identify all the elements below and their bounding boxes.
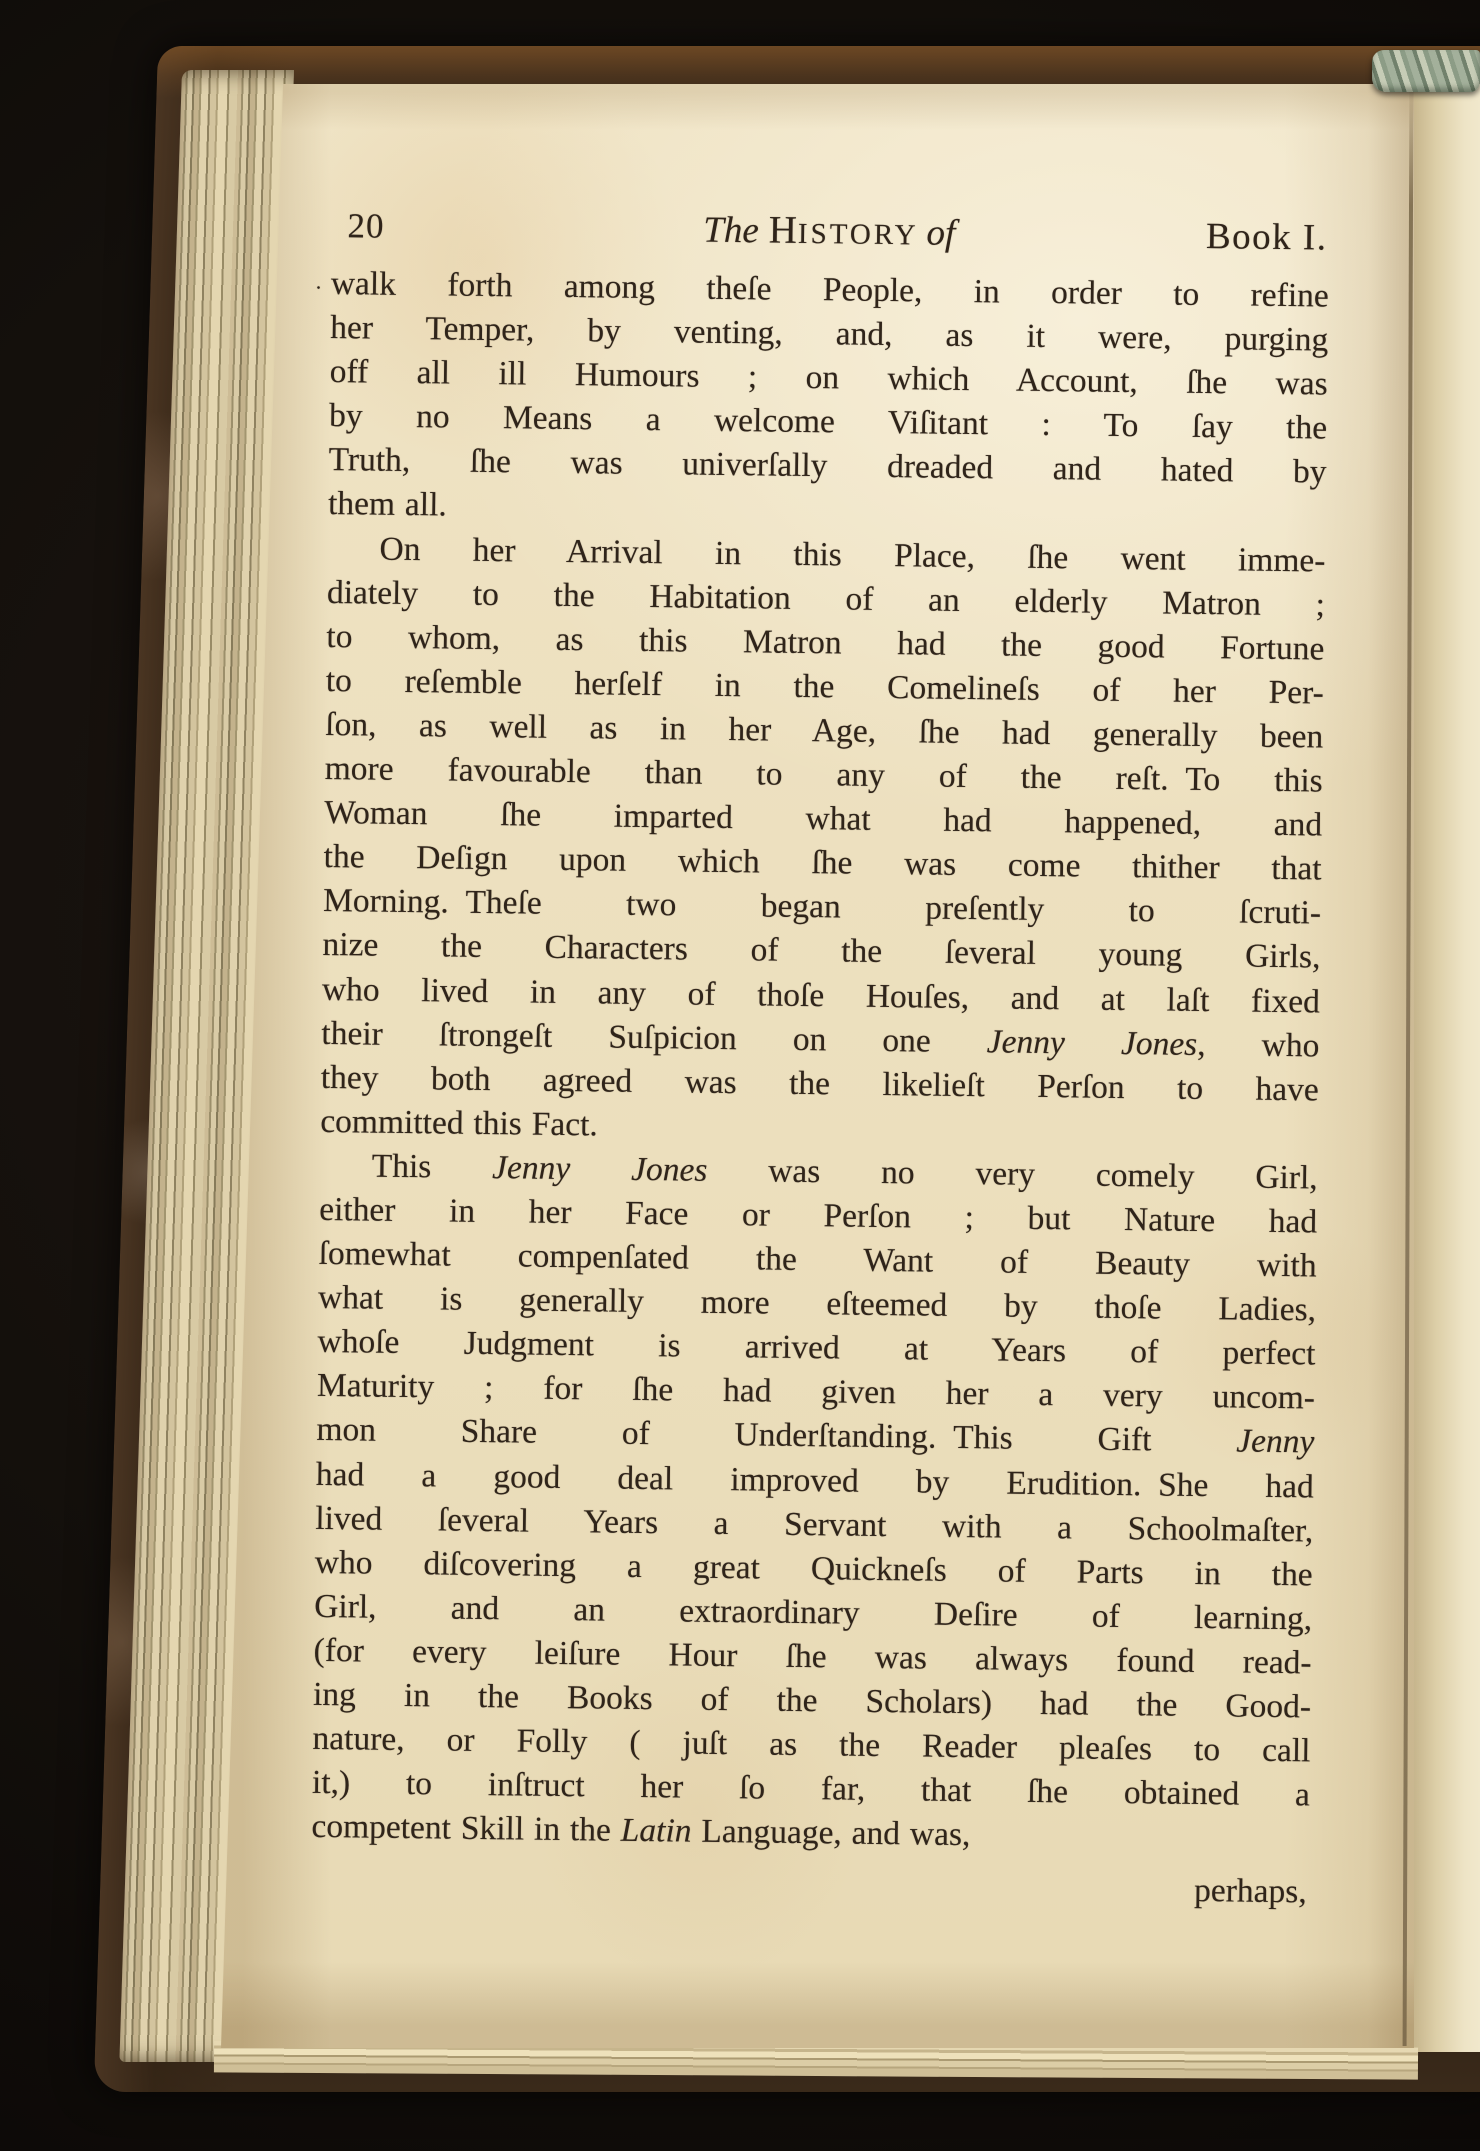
ink-dot: ·	[315, 266, 323, 310]
catchword: perhaps,	[1194, 1872, 1307, 1910]
running-title-caps: ISTORY	[798, 218, 919, 252]
headband-tassel	[1372, 50, 1480, 92]
book-label: Book I.	[1206, 215, 1328, 260]
underlying-page-edge	[1410, 84, 1480, 2052]
running-title-of: of	[926, 212, 955, 253]
book-page: 20 TheHISTORYof Book I. ·walk forth amon…	[221, 84, 1414, 2048]
body-text: ·walk forth among theſe People, in order…	[311, 262, 1329, 1862]
photo-background: 20 TheHISTORYof Book I. ·walk forth amon…	[0, 0, 1480, 2151]
running-title-the: The	[703, 210, 759, 252]
printed-text-area: 20 TheHISTORYof Book I. ·walk forth amon…	[311, 192, 1330, 1912]
page-header: 20 TheHISTORYof Book I.	[331, 202, 1330, 265]
running-title-initial: H	[769, 208, 799, 251]
catchword-row: perhaps,	[311, 1861, 1309, 1912]
page-number: 20	[347, 206, 384, 246]
running-title: TheHISTORYof	[703, 207, 956, 255]
